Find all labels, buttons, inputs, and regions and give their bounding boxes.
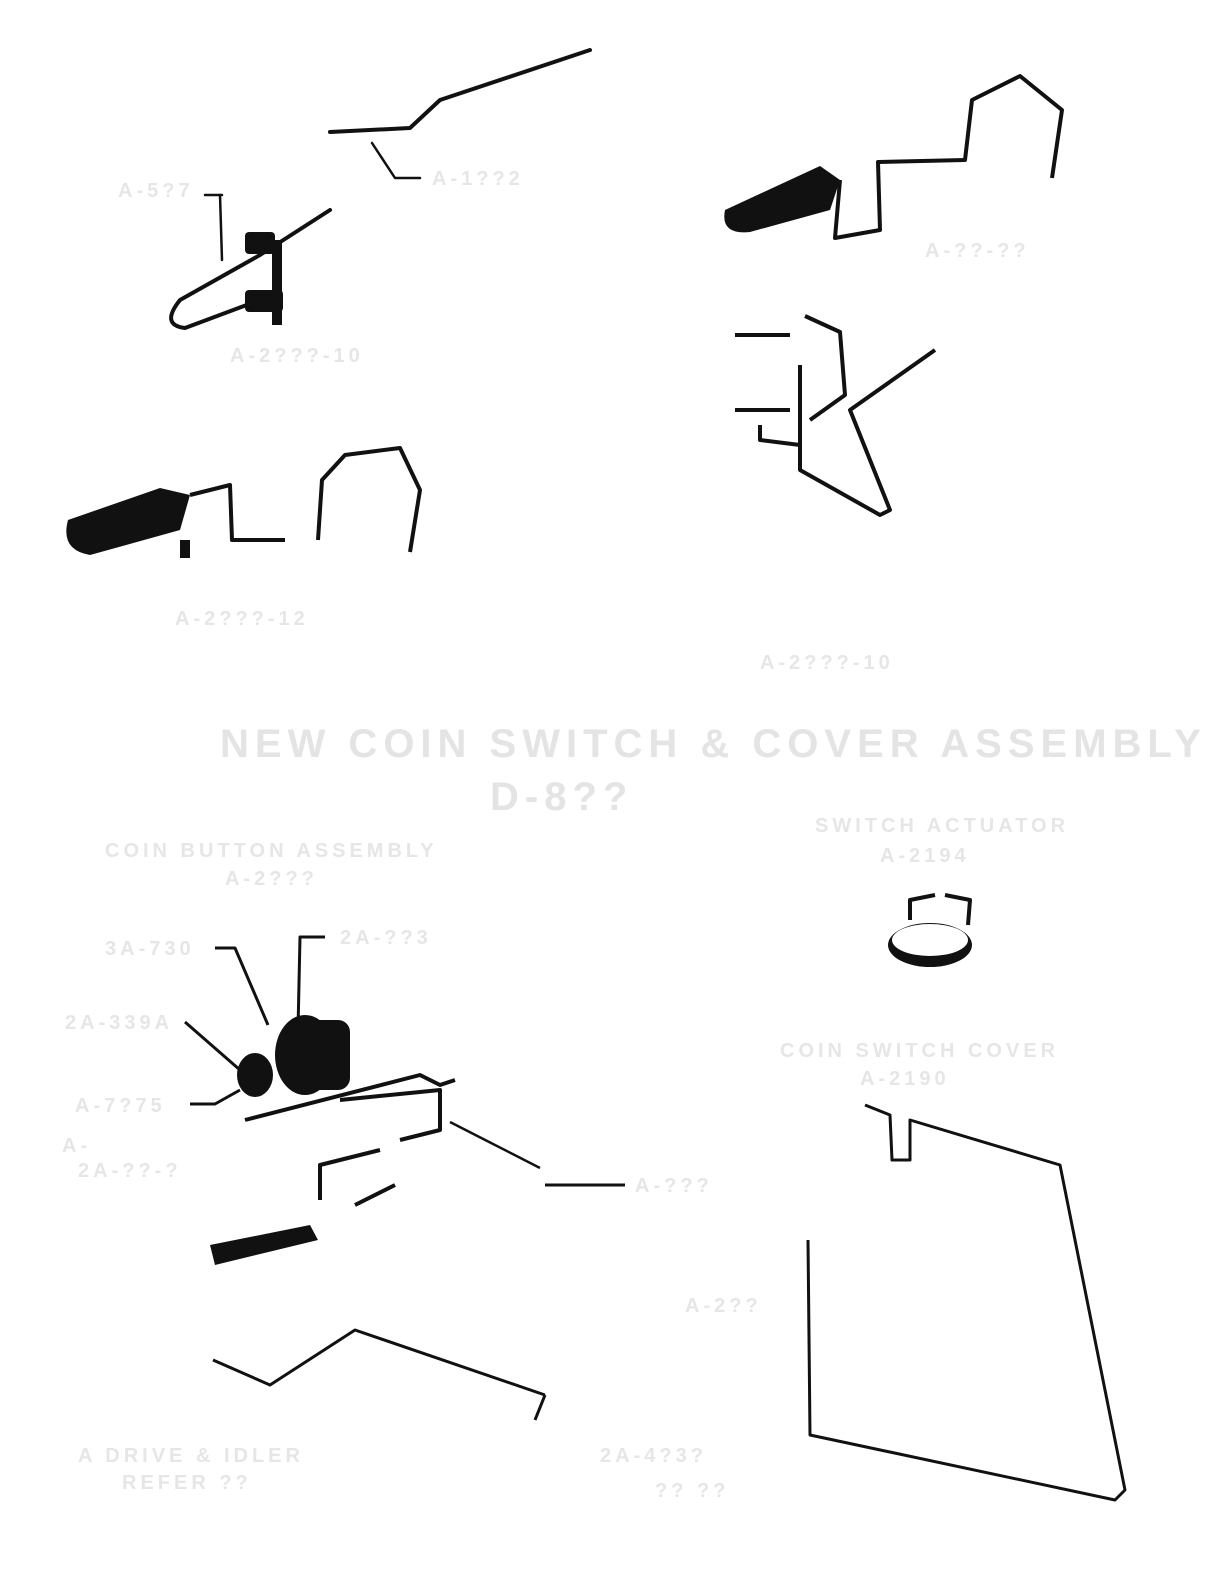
callout-4: A-7?75: [75, 1095, 166, 1118]
label-top-right-assy: A-??-??: [925, 240, 1030, 263]
callout-3: 2A-339A: [65, 1012, 173, 1035]
label-bottom-left-2: REFER ??: [122, 1472, 252, 1495]
callout-6: 2A-??-?: [78, 1160, 182, 1183]
label-coin-button-assy-num: A-2???: [225, 868, 318, 891]
label-coin-button-assy: COIN BUTTON ASSEMBLY: [105, 840, 438, 863]
callout-1: 3A-730: [105, 938, 195, 961]
label-bottom-left-1: A DRIVE & IDLER: [78, 1445, 304, 1468]
callout-8: A-2??: [685, 1295, 762, 1318]
label-top-left-wire: A-5?7: [118, 180, 194, 203]
label-switch-actuator: SWITCH ACTUATOR: [815, 815, 1069, 838]
label-switch-actuator-num: A-2194: [880, 845, 970, 868]
callout-7: A-???: [635, 1175, 713, 1198]
label-top-left-wire-right: A-1??2: [432, 168, 524, 191]
label-top-left-assy: A-2???-10: [230, 345, 364, 368]
label-mid-left-assy: A-2???-12: [175, 608, 309, 631]
label-coin-switch-cover: COIN SWITCH COVER: [780, 1040, 1059, 1063]
label-bottom-right-1: 2A-4?3?: [600, 1445, 707, 1468]
label-bottom-right-2: ?? ??: [655, 1480, 729, 1503]
callout-2: 2A-??3: [340, 927, 432, 950]
page-title-number: D-8??: [490, 775, 633, 820]
label-mid-right-assy: A-2???-10: [760, 652, 894, 675]
callout-5: A-: [62, 1135, 91, 1158]
label-coin-switch-cover-num: A-2190: [860, 1068, 950, 1091]
page-title: NEW COIN SWITCH & COVER ASSEMBLY: [220, 722, 1207, 767]
